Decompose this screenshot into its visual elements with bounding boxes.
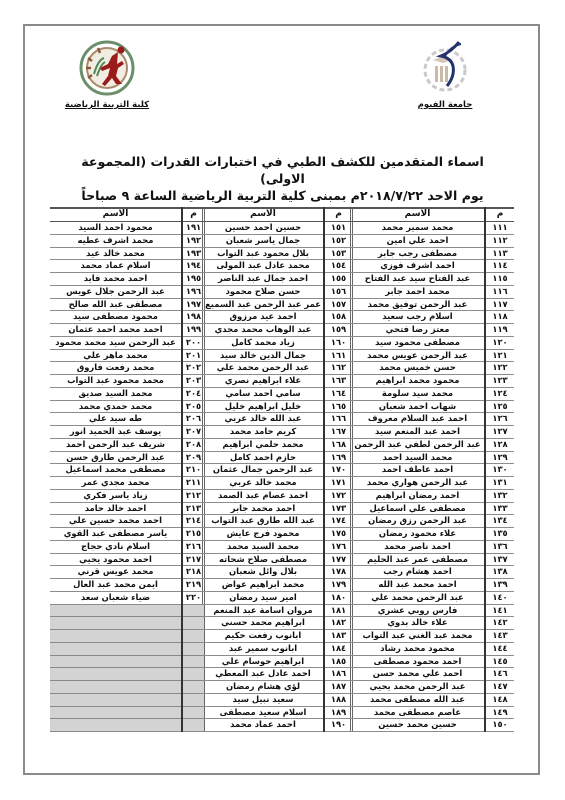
blank-row <box>50 693 205 706</box>
table-row: ١٤٩عاصم مصطفى محمد <box>351 706 515 719</box>
table-row: ١١٩معتز رضا فتحي <box>351 324 515 337</box>
table-row: ٢١٤احمد محمد حسين علي <box>50 515 205 528</box>
university-logo: جامعة الفيوم <box>405 38 485 110</box>
row-number: ١٩٧ <box>182 298 205 311</box>
column-header-number: م <box>324 208 353 222</box>
table-row: ١١٧عبد الرحمن توفيق محمد <box>351 298 515 311</box>
table-row: ٢٠٧يوسف عبد الحميد انور <box>50 426 205 439</box>
table-row: ١٢٤محمد سيد سلومة <box>351 387 515 400</box>
row-number: ٢٠٧ <box>182 426 205 439</box>
applicant-name: حسن صلاح محمود <box>203 285 325 298</box>
applicant-name: عبد الرحمن سيد محمد محمود <box>50 336 182 349</box>
applicant-name: محمد خالد عربي <box>203 477 325 490</box>
table-row: ١٤٦احمد علي محمد حسن <box>351 668 515 681</box>
applicant-name: احمد هشام رجب <box>351 566 486 579</box>
applicant-name <box>50 706 182 719</box>
applicant-name: احمد عادل عبد المعطي <box>203 668 325 681</box>
table-row: ١٣٥علاء محمود رمضان <box>351 528 515 541</box>
table-row: ١٦٠زياد محمد كامل <box>203 336 353 349</box>
applicant-name: احمد اشرف فوزي <box>351 260 486 273</box>
applicant-name <box>50 693 182 706</box>
applicant-name: عبد الرحمن هواري محمد <box>351 477 486 490</box>
applicant-name: احمد عبد المنعم سيد <box>351 426 486 439</box>
row-number: ١٨٨ <box>324 693 353 706</box>
row-number: ٢١٧ <box>182 553 205 566</box>
applicant-name: عبد الله خالد عربي <box>203 413 325 426</box>
applicant-name: اسلام عماد محمد <box>50 260 182 273</box>
row-number: ١٦٣ <box>324 375 353 388</box>
applicant-name: عبد الرحمن طارق حسن <box>50 451 182 464</box>
row-number: ١٥٤ <box>324 260 353 273</box>
table-row: ١٩٥احمد محمد فايد <box>50 273 205 286</box>
row-number: ١٦٩ <box>324 451 353 464</box>
applicant-name: محمد احمد جابر <box>351 285 486 298</box>
row-number: ١٩٦ <box>182 285 205 298</box>
row-number: ١٥٢ <box>324 234 353 247</box>
blank-row <box>50 617 205 630</box>
table-row: ١٣٣مصطفى علي اسماعيل <box>351 502 515 515</box>
row-number: ١٢٨ <box>485 438 514 451</box>
table-row: ١٦٨محمد حلمي ابراهيم <box>203 438 353 451</box>
table-row: ١٩٦عبد الرحمن جلال عويس <box>50 285 205 298</box>
row-number: ١٣٢ <box>485 489 514 502</box>
applicant-name: ايمن محمد عبد العال <box>50 579 182 592</box>
table-row: ١٩٤اسلام عماد محمد <box>50 260 205 273</box>
row-number: ١٤٩ <box>485 706 514 719</box>
applicant-name: مصطفى عبد الله صالح <box>50 298 182 311</box>
title-line-2: يوم الاحد ٢٠١٨/٧/٢٢م بمبنى كلية التربية … <box>60 187 505 204</box>
table-row: ١٣٨احمد هشام رجب <box>351 566 515 579</box>
applicant-name: محمد خالد عيد <box>50 247 182 260</box>
row-number: ١١٧ <box>485 298 514 311</box>
row-number: ١٦٦ <box>324 413 353 426</box>
applicant-name: علاء محمود رمضان <box>351 528 486 541</box>
row-number: ١٢٦ <box>485 413 514 426</box>
row-number: ١٥٥ <box>324 273 353 286</box>
table-row: ٢١٦اسلام نادي حجاج <box>50 540 205 553</box>
applicant-name: ابانوب رفعت حكيم <box>203 630 325 643</box>
table-row: ١١٦محمد احمد جابر <box>351 285 515 298</box>
row-number: ١٨٣ <box>324 630 353 643</box>
table-row: ١٥٠حسين محمد حسين <box>351 719 515 732</box>
table-row: ١٤٤محمود محمد رشاد <box>351 642 515 655</box>
row-number: ١٣٧ <box>485 553 514 566</box>
row-number: ١٩١ <box>182 222 205 235</box>
applicant-name: احمد رمضان ابراهيم <box>351 489 486 502</box>
applicant-name: امير سيد رمضان <box>203 591 325 604</box>
applicant-name: عبد الرحمن محمد علي <box>351 591 486 604</box>
row-number: ١٩٨ <box>182 311 205 324</box>
table-row: ١٤٧عبد الرحمن محمد يحيي <box>351 681 515 694</box>
applicant-name: بلال محمود عبد التواب <box>203 247 325 260</box>
applicant-name: اسلام نادي حجاج <box>50 540 182 553</box>
applicant-name: احمد محمود يحيي <box>50 553 182 566</box>
row-number: ٢٠٨ <box>182 438 205 451</box>
row-number: ١٣١ <box>485 477 514 490</box>
row-number: ١٧٧ <box>324 553 353 566</box>
applicant-name: مصطفى محمد اسماعيل <box>50 464 182 477</box>
applicant-name <box>50 681 182 694</box>
row-number: ٢٠٣ <box>182 375 205 388</box>
table-row: ١٤٥احمد محمود مصطفى <box>351 655 515 668</box>
row-number: ١٥٠ <box>485 719 514 732</box>
applicant-name: محمود محمد ابراهيم <box>351 375 486 388</box>
column-header-name: الاسم <box>203 208 325 222</box>
table-row: ١٥٦حسن صلاح محمود <box>203 285 353 298</box>
row-number: ١٩٩ <box>182 324 205 337</box>
table-row: ١٩٠احمد عماد محمد <box>203 719 353 732</box>
table-row: ١٦٩حازم احمد كامل <box>203 451 353 464</box>
table-row: ٢١٨محمد عويس قرني <box>50 566 205 579</box>
table-row: ١٣٩احمد محمد عبد الله <box>351 579 515 592</box>
row-number: ٢١٦ <box>182 540 205 553</box>
table-row: ١٥٢جمال ياسر شعبان <box>203 234 353 247</box>
applicant-name: جمال ياسر شعبان <box>203 234 325 247</box>
applicant-name: طه سيد علي <box>50 413 182 426</box>
table-row: ١٢٣محمود محمد ابراهيم <box>351 375 515 388</box>
table-row: ١٣٦احمد ناصر محمد <box>351 540 515 553</box>
applicant-name: احمد جمال عبد الناصر <box>203 273 325 286</box>
applicant-name: محمد عادل عبد المولى <box>203 260 325 273</box>
table-row: ٢١٢زياد ياسر فكري <box>50 489 205 502</box>
table-row: ١٨٤ابانوب سمير عبد <box>203 642 353 655</box>
applicant-name <box>50 630 182 643</box>
blank-row <box>50 630 205 643</box>
applicant-name: اسلام سعيد مصطفى <box>203 706 325 719</box>
row-number: ١٤٨ <box>485 693 514 706</box>
table-row: ١٦٣علاء ابراهيم نصري <box>203 375 353 388</box>
row-number: ٢١٨ <box>182 566 205 579</box>
table-row: ١٧٧مصطفى صلاح شحاته <box>203 553 353 566</box>
table-row: ١٩٢محمد اشرف عطيه <box>50 234 205 247</box>
university-name: جامعة الفيوم <box>405 100 485 110</box>
applicant-name: سامي احمد سامي <box>203 387 325 400</box>
table-row: ١٧٣احمد محمد جابر <box>203 502 353 515</box>
row-number: ١٦٠ <box>324 336 353 349</box>
applicant-name: حسن خميس محمد <box>351 362 486 375</box>
applicant-name: فارس روبي عشري <box>351 604 486 617</box>
row-number: ٢١٠ <box>182 464 205 477</box>
applicant-name: يوسف عبد الحميد انور <box>50 426 182 439</box>
blank-row <box>50 655 205 668</box>
table-row: ٢٢٠ضياء شعبان سعد <box>50 591 205 604</box>
table-header-row: مالاسم <box>351 208 515 222</box>
row-number: ١٧٥ <box>324 528 353 541</box>
applicant-name: محمد اشرف عطيه <box>50 234 182 247</box>
row-number: ١٢٣ <box>485 375 514 388</box>
applicant-name: احمد محمد احمد عثمان <box>50 324 182 337</box>
row-number <box>182 617 205 630</box>
row-number: ١٥٧ <box>324 298 353 311</box>
row-number: ١٤٣ <box>485 630 514 643</box>
row-number: ١٦٥ <box>324 400 353 413</box>
applicant-name: محمد سيد سلومة <box>351 387 486 400</box>
table-row: ١٣٠احمد عاطف احمد <box>351 464 515 477</box>
row-number: ١٢٧ <box>485 426 514 439</box>
applicant-name: محمد ابراهيم عواض <box>203 579 325 592</box>
row-number: ١١٦ <box>485 285 514 298</box>
applicant-name <box>50 617 182 630</box>
table-row: ١٥٧عمر عبد الرحمن عبد السميع <box>203 298 353 311</box>
applicant-name: احمد عيد مرزوق <box>203 311 325 324</box>
row-number: ١٢١ <box>485 349 514 362</box>
table-row: ٢١٧احمد محمود يحيي <box>50 553 205 566</box>
row-number: ٢٠٤ <box>182 387 205 400</box>
blank-row <box>50 668 205 681</box>
row-number: ١٢٥ <box>485 400 514 413</box>
applicant-name: محمد حمدي محمد <box>50 400 182 413</box>
table-row: ١٧٦محمد السيد محمد <box>203 540 353 553</box>
applicant-name: عبد الرحمن عويس محمد <box>351 349 486 362</box>
row-number: ١٨١ <box>324 604 353 617</box>
table-row: ١٧٥محمود فرج عايش <box>203 528 353 541</box>
row-number: ٢٠٦ <box>182 413 205 426</box>
row-number: ١٨٩ <box>324 706 353 719</box>
faculty-name: كلية التربية الرياضية <box>62 100 152 110</box>
university-emblem-icon <box>419 38 471 98</box>
applicant-name: محمد عبد الغني عبد التواب <box>351 630 486 643</box>
applicant-name: احمد عاطف احمد <box>351 464 486 477</box>
row-number: ١٣٨ <box>485 566 514 579</box>
table-row: ١٩٩احمد محمد احمد عثمان <box>50 324 205 337</box>
table-row: ١٦٤سامي احمد سامي <box>203 387 353 400</box>
applicant-name: محمود مصطفى سيد <box>50 311 182 324</box>
table-row: ١١٣مصطفى رجب جابر <box>351 247 515 260</box>
row-number: ١٧٣ <box>324 502 353 515</box>
applicant-name: احمد محمد جابر <box>203 502 325 515</box>
row-number: ١٣٣ <box>485 502 514 515</box>
applicant-name: احمد محمد عبد الله <box>351 579 486 592</box>
row-number: ١٤٠ <box>485 591 514 604</box>
table-row: ١٢٠مصطفى محمود سيد <box>351 336 515 349</box>
table-row: ٢٠٦طه سيد علي <box>50 413 205 426</box>
table-row: ١٨١مروان اسامة عبد المنعم <box>203 604 353 617</box>
table-row: ٢٠٤محمد السيد صديق <box>50 387 205 400</box>
row-number: ٢١٢ <box>182 489 205 502</box>
row-number: ١٧٩ <box>324 579 353 592</box>
applicant-name: عبد الرحمن محمد علي <box>203 362 325 375</box>
table-row: ١٦١جمال الدين خالد سيد <box>203 349 353 362</box>
row-number: ١١٥ <box>485 273 514 286</box>
row-number: ١٧١ <box>324 477 353 490</box>
blank-row <box>50 719 205 732</box>
applicant-name: كريم حامد محمد <box>203 426 325 439</box>
applicant-name: محمد سمير محمد <box>351 222 486 235</box>
table-row: ١٦٦عبد الله خالد عربي <box>203 413 353 426</box>
row-number: ١٨٤ <box>324 642 353 655</box>
row-number: ٢٠٩ <box>182 451 205 464</box>
applicant-name: ابانوب سمير عبد <box>203 642 325 655</box>
table-row: ١٨٩اسلام سعيد مصطفى <box>203 706 353 719</box>
applicant-name: شهاب احمد شعبان <box>351 400 486 413</box>
applicant-name <box>50 604 182 617</box>
row-number: ١٢٠ <box>485 336 514 349</box>
applicant-name: عبد الرحمن جمال عثمان <box>203 464 325 477</box>
applicant-name: محمد السيد احمد <box>351 451 486 464</box>
applicant-name: حسين محمد حسين <box>351 719 486 732</box>
row-number: ٢٠٥ <box>182 400 205 413</box>
row-number: ١٥٩ <box>324 324 353 337</box>
column-header-number: م <box>182 208 205 222</box>
table-row: ١٨٥ابراهيم حوسام علي <box>203 655 353 668</box>
column-header-name: الاسم <box>351 208 486 222</box>
applicant-name: احمد عماد محمد <box>203 719 325 732</box>
title-line-1: اسماء المتقدمين للكشف الطبي في اختبارات … <box>60 153 505 187</box>
applicants-table-group-2: مالاسم١٥١حسين احمد حسين١٥٢جمال ياسر شعبا… <box>202 207 353 732</box>
row-number: ١٣٤ <box>485 515 514 528</box>
table-row: ٢١٥ياسر مصطفى عبد القوي <box>50 528 205 541</box>
row-number: ٢١٤ <box>182 515 205 528</box>
row-number: ١٧٤ <box>324 515 353 528</box>
row-number: ٢٠٠ <box>182 336 205 349</box>
table-row: ١٧١محمد خالد عربي <box>203 477 353 490</box>
table-row: ١٦٥خليل ابراهيم خليل <box>203 400 353 413</box>
table-row: ١٥٨احمد عيد مرزوق <box>203 311 353 324</box>
row-number <box>182 681 205 694</box>
table-header-row: مالاسم <box>50 208 205 222</box>
row-number: ١١٩ <box>485 324 514 337</box>
applicant-name: ياسر مصطفى عبد القوي <box>50 528 182 541</box>
table-row: ١٢٩محمد السيد احمد <box>351 451 515 464</box>
table-row: ٢١٣احمد خالد حامد <box>50 502 205 515</box>
row-number: ١١٨ <box>485 311 514 324</box>
row-number: ٢٢٠ <box>182 591 205 604</box>
applicant-name <box>50 719 182 732</box>
row-number: ١٦١ <box>324 349 353 362</box>
table-row: ١٨٧لؤي هشام رمضان <box>203 681 353 694</box>
applicant-name: علاء ابراهيم نصري <box>203 375 325 388</box>
row-number: ٢١٥ <box>182 528 205 541</box>
applicants-table-group-1: مالاسم١١١محمد سمير محمد١١٢احمد علي امين١… <box>350 207 514 732</box>
row-number: ١٤١ <box>485 604 514 617</box>
applicant-name <box>50 655 182 668</box>
row-number <box>182 693 205 706</box>
table-row: ٢١٩ايمن محمد عبد العال <box>50 579 205 592</box>
table-row: ١٤١فارس روبي عشري <box>351 604 515 617</box>
applicant-name: مروان اسامة عبد المنعم <box>203 604 325 617</box>
table-row: ٢٠٩عبد الرحمن طارق حسن <box>50 451 205 464</box>
row-number: ١٨٧ <box>324 681 353 694</box>
applicant-name: احمد علي امين <box>351 234 486 247</box>
row-number: ١١٤ <box>485 260 514 273</box>
row-number: ١٦٧ <box>324 426 353 439</box>
row-number: ٢١٣ <box>182 502 205 515</box>
applicant-name: ابراهيم محمد حسني <box>203 617 325 630</box>
applicant-name: احمد ناصر محمد <box>351 540 486 553</box>
applicant-name: محمد مجدي عمر <box>50 477 182 490</box>
table-row: ١٣١عبد الرحمن هواري محمد <box>351 477 515 490</box>
row-number: ١٤٢ <box>485 617 514 630</box>
table-row: ١١١محمد سمير محمد <box>351 222 515 235</box>
row-number: ٢١٩ <box>182 579 205 592</box>
applicant-name: محمد رفعت فاروق <box>50 362 182 375</box>
row-number: ١١٣ <box>485 247 514 260</box>
applicant-name: شريف عبد الرحمن احمد <box>50 438 182 451</box>
row-number: ١٣٩ <box>485 579 514 592</box>
applicant-name: عبد الرحمن توفيق محمد <box>351 298 486 311</box>
row-number: ١٢٤ <box>485 387 514 400</box>
table-row: ١٤٨عبد الله مصطفى محمد <box>351 693 515 706</box>
applicant-name: عبد الفتاح سيد عبد الفتاح <box>351 273 486 286</box>
table-row: ٢٠٥محمد حمدي محمد <box>50 400 205 413</box>
applicant-name: مصطفى عمر عبد الحليم <box>351 553 486 566</box>
row-number: ١١٢ <box>485 234 514 247</box>
row-number: ١٤٧ <box>485 681 514 694</box>
applicant-name: احمد عصام عبد الصمد <box>203 489 325 502</box>
table-row: ١٢٧احمد عبد المنعم سيد <box>351 426 515 439</box>
table-row: ١٨٣ابانوب رفعت حكيم <box>203 630 353 643</box>
table-row: ١٧٤عبد الله طارق عبد التواب <box>203 515 353 528</box>
row-number: ١٣٦ <box>485 540 514 553</box>
applicant-name: بلال وائل شعبان <box>203 566 325 579</box>
applicant-name: محمد ماهر علي <box>50 349 182 362</box>
row-number: ١٤٤ <box>485 642 514 655</box>
applicant-name: معتز رضا فتحي <box>351 324 486 337</box>
table-row: ٢٠١محمد ماهر علي <box>50 349 205 362</box>
row-number: ١٧٠ <box>324 464 353 477</box>
row-number: ١٦٨ <box>324 438 353 451</box>
applicant-name: اسلام رجب سعيد <box>351 311 486 324</box>
table-row: ١٦٢عبد الرحمن محمد علي <box>203 362 353 375</box>
table-row: ١٤٢علاء خالد بدوي <box>351 617 515 630</box>
table-row: ١٥٥احمد جمال عبد الناصر <box>203 273 353 286</box>
blank-row <box>50 604 205 617</box>
row-number: ١٨٠ <box>324 591 353 604</box>
applicant-name: عبد الرحمن لطفي عبد الرحمن <box>351 438 486 451</box>
table-row: ١١٨اسلام رجب سعيد <box>351 311 515 324</box>
applicant-name: محمد حلمي ابراهيم <box>203 438 325 451</box>
table-row: ٢٠٣محمد محمود عبد التواب <box>50 375 205 388</box>
row-number <box>182 642 205 655</box>
row-number: ٢٠١ <box>182 349 205 362</box>
table-row: ١٥٣بلال محمود عبد التواب <box>203 247 353 260</box>
row-number: ١٦٤ <box>324 387 353 400</box>
applicant-name: عبد الوهاب محمد مجدي <box>203 324 325 337</box>
applicant-name: عمر عبد الرحمن عبد السميع <box>203 298 325 311</box>
row-number: ١٤٦ <box>485 668 514 681</box>
table-row: ٢٠٢محمد رفعت فاروق <box>50 362 205 375</box>
table-row: ١١٢احمد علي امين <box>351 234 515 247</box>
table-row: ١٨٢ابراهيم محمد حسني <box>203 617 353 630</box>
column-header-name: الاسم <box>50 208 182 222</box>
row-number: ١٣٠ <box>485 464 514 477</box>
applicant-name: علاء خالد بدوي <box>351 617 486 630</box>
table-row: ١٨٨سعيد نبيل سيد <box>203 693 353 706</box>
table-row: ٢١١محمد مجدي عمر <box>50 477 205 490</box>
table-row: ١٨٦احمد عادل عبد المعطي <box>203 668 353 681</box>
row-number: ١٦٢ <box>324 362 353 375</box>
applicant-name: محمد عويس قرني <box>50 566 182 579</box>
applicant-name <box>50 642 182 655</box>
table-row: ١٩٣محمد خالد عيد <box>50 247 205 260</box>
applicant-name: محمد محمود عبد التواب <box>50 375 182 388</box>
row-number: ١٨٥ <box>324 655 353 668</box>
applicant-name: مصطفى رجب جابر <box>351 247 486 260</box>
table-row: ١٩٨محمود مصطفى سيد <box>50 311 205 324</box>
applicant-name: زياد محمد كامل <box>203 336 325 349</box>
applicant-name: عبد الرحمن محمد يحيي <box>351 681 486 694</box>
table-row: ١٢٥شهاب احمد شعبان <box>351 400 515 413</box>
table-header-row: مالاسم <box>203 208 353 222</box>
applicant-name: جمال الدين خالد سيد <box>203 349 325 362</box>
row-number: ١٢٢ <box>485 362 514 375</box>
row-number: ١٩٥ <box>182 273 205 286</box>
table-row: ١٧٠عبد الرحمن جمال عثمان <box>203 464 353 477</box>
applicant-name: سعيد نبيل سيد <box>203 693 325 706</box>
table-row: ١٥٩عبد الوهاب محمد مجدي <box>203 324 353 337</box>
document-title: اسماء المتقدمين للكشف الطبي في اختبارات … <box>60 153 505 204</box>
row-number: ١٧٢ <box>324 489 353 502</box>
